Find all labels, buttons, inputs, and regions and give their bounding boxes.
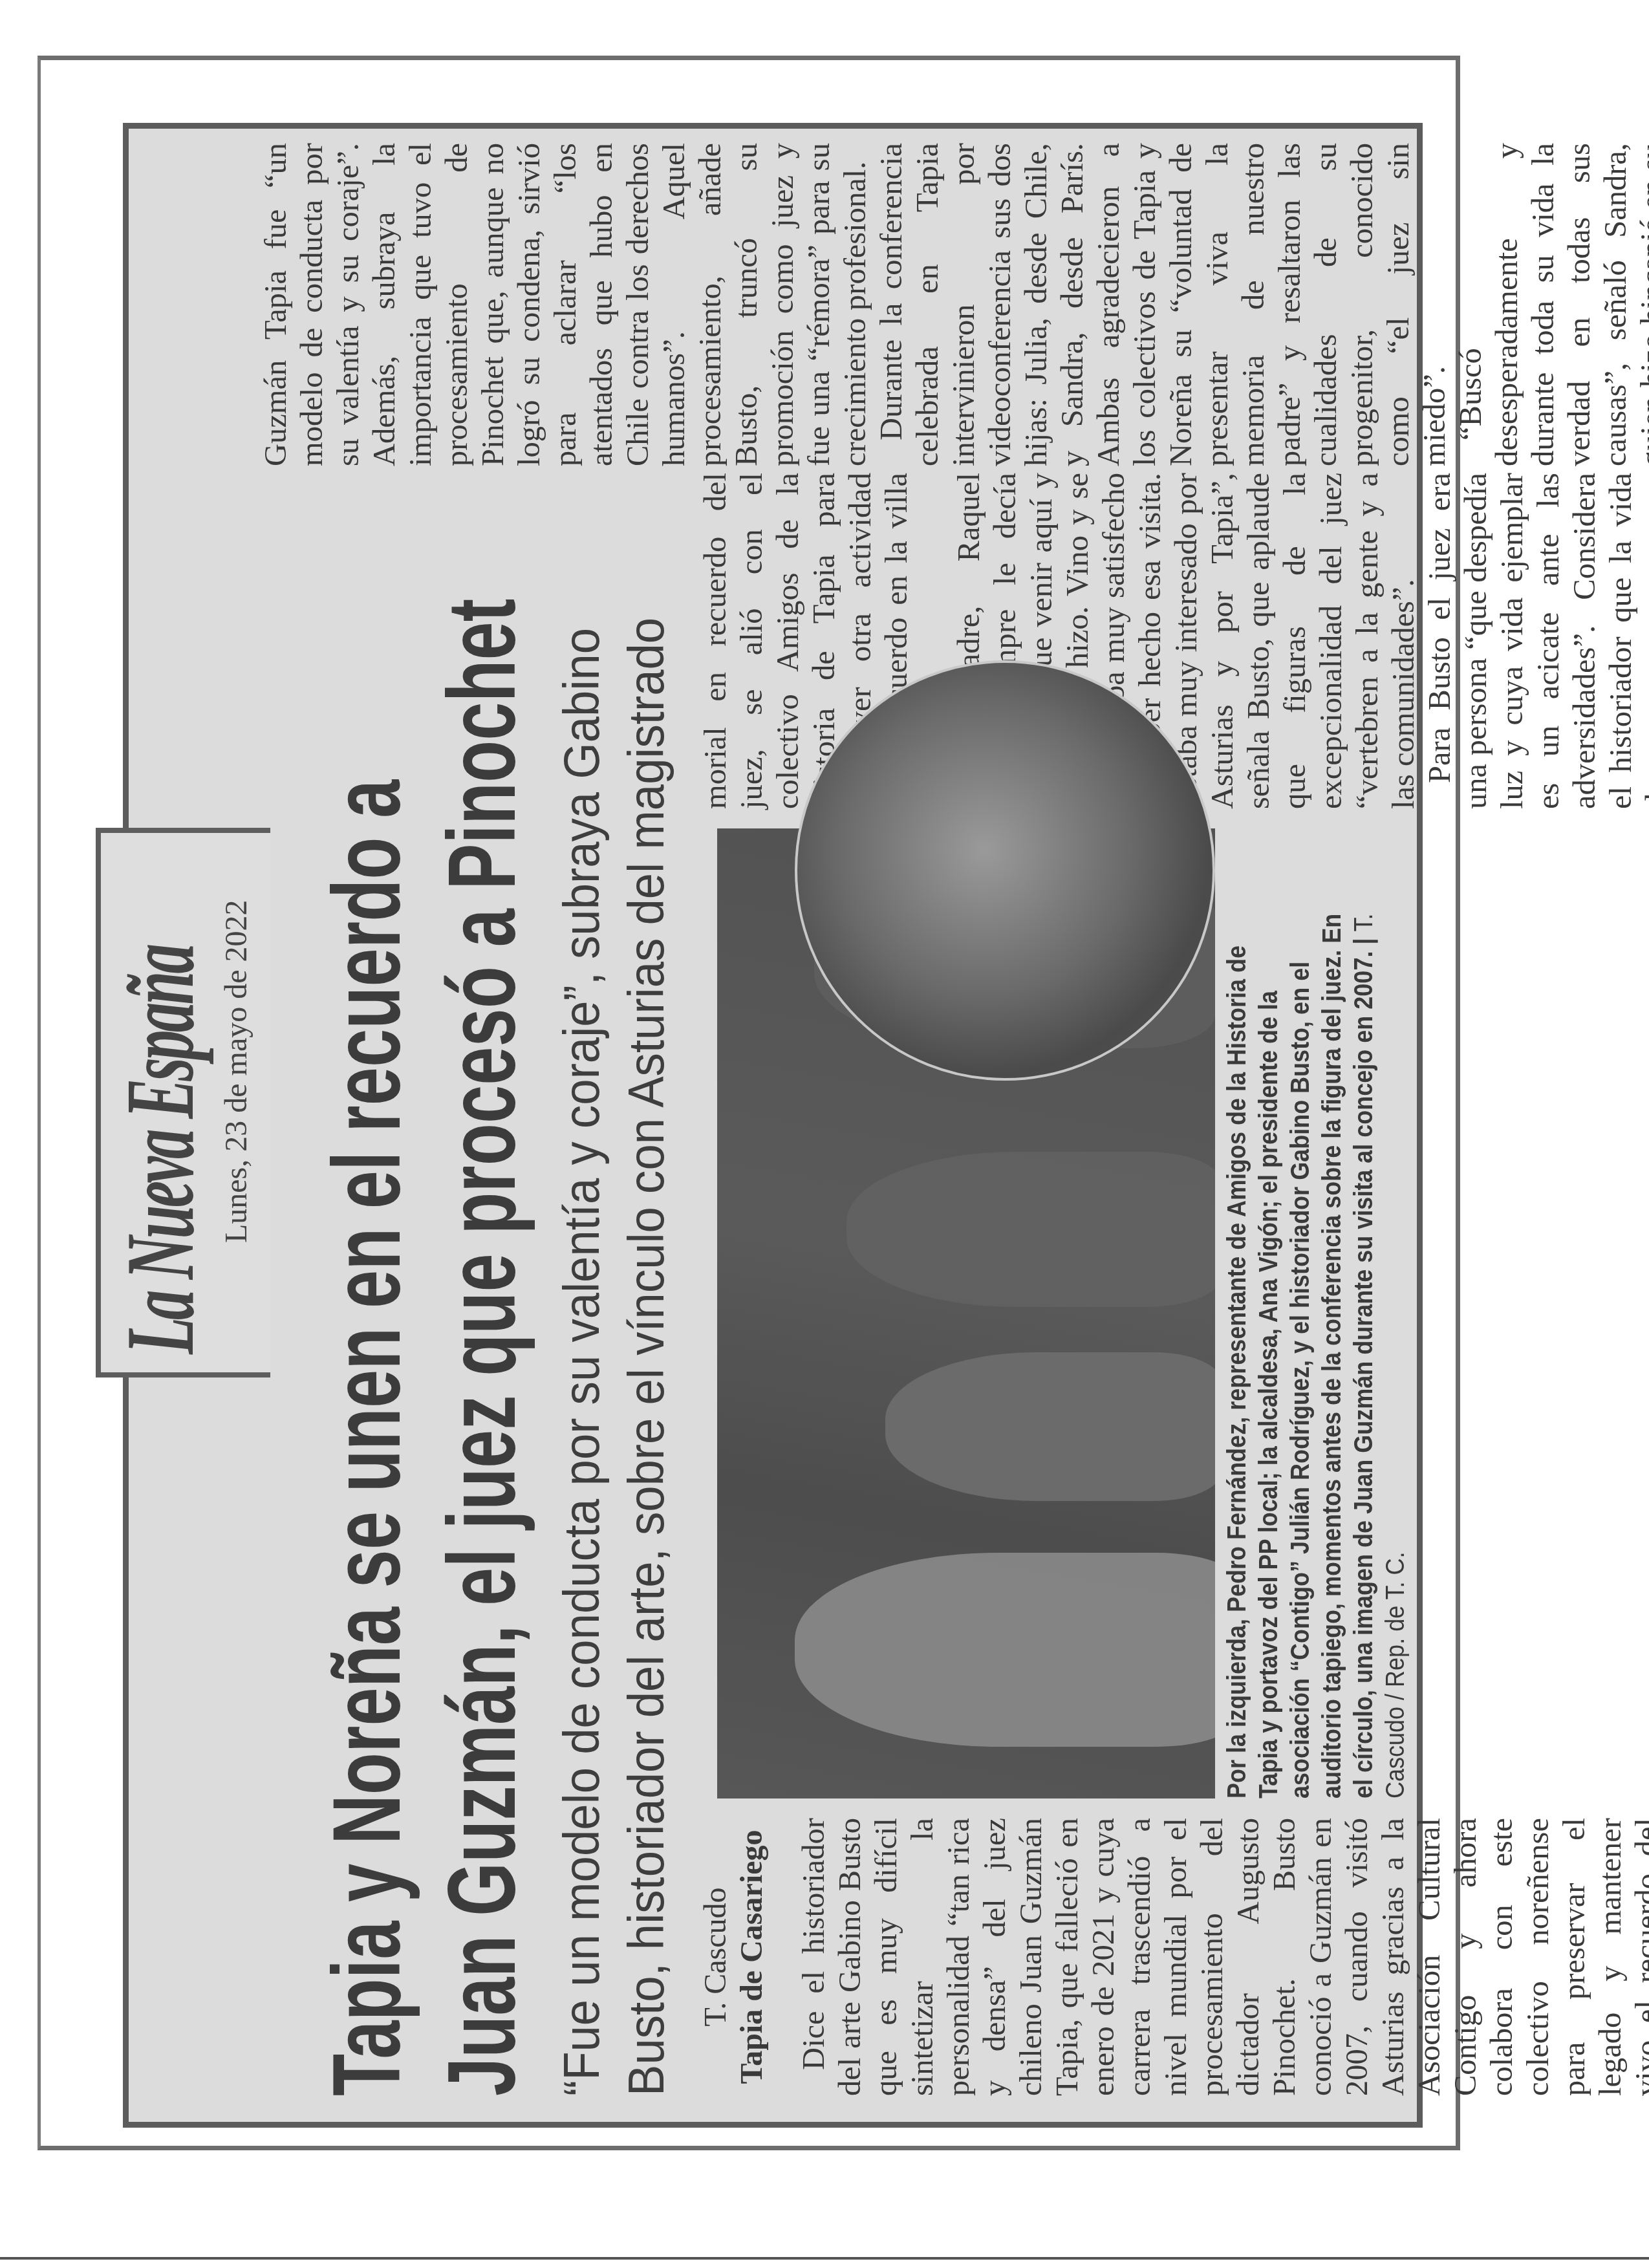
- publication-date: Lunes, 23 de mayo de 2022: [219, 900, 254, 1243]
- person-figure: [795, 1553, 1215, 1747]
- subheadline-line-1: “Fue un modelo de conducta por su valent…: [549, 268, 614, 2096]
- subheadline: “Fue un modelo de conducta por su valent…: [549, 268, 678, 2096]
- caption-text: Por la izquierda, Pedro Fernández, repre…: [1223, 914, 1378, 1798]
- paragraph: Dice el historiador del arte Gabino Bust…: [796, 1818, 1649, 2096]
- scan-bottom-edge: [0, 2257, 1649, 2260]
- person-figure: [885, 1352, 1215, 1501]
- byline-author: T. Cascudo: [698, 1818, 734, 2096]
- person-figure: [846, 1152, 1215, 1307]
- byline: T. Cascudo Tapia de Casariego: [698, 1818, 770, 2096]
- article-column-3: Guzmán Tapia fue “un modelo de conducta …: [258, 143, 1649, 466]
- article-column-1: T. Cascudo Tapia de Casariego Dice el hi…: [698, 1818, 1649, 2096]
- headline: Tapia y Noreña se unen en el recuerdo a …: [310, 680, 540, 2096]
- paragraph: Guzmán Tapia fue “un modelo de conducta …: [258, 143, 874, 466]
- byline-place: Tapia de Casariego: [734, 1818, 770, 2096]
- publication-name: La Nueva España: [105, 946, 216, 1354]
- masthead: La Nueva España Lunes, 23 de mayo de 202…: [96, 828, 270, 1377]
- paragraph: “Buscó desesperadamente y durante toda s…: [1453, 143, 1649, 466]
- photo-caption: Por la izquierda, Pedro Fernández, repre…: [1222, 891, 1412, 1798]
- rotated-clipping: La Nueva España Lunes, 23 de mayo de 202…: [123, 123, 1423, 2128]
- news-article: Tapia y Noreña se unen en el recuerdo a …: [123, 123, 1423, 2128]
- subheadline-line-2: Busto, historiador del arte, sobre el ví…: [614, 268, 678, 2096]
- inset-circle-photo: [795, 660, 1215, 1081]
- paragraph: Durante la conferencia celebrada en Tapi…: [874, 143, 1453, 466]
- paragraph: Para Busto el juez era una persona “que …: [1422, 473, 1649, 809]
